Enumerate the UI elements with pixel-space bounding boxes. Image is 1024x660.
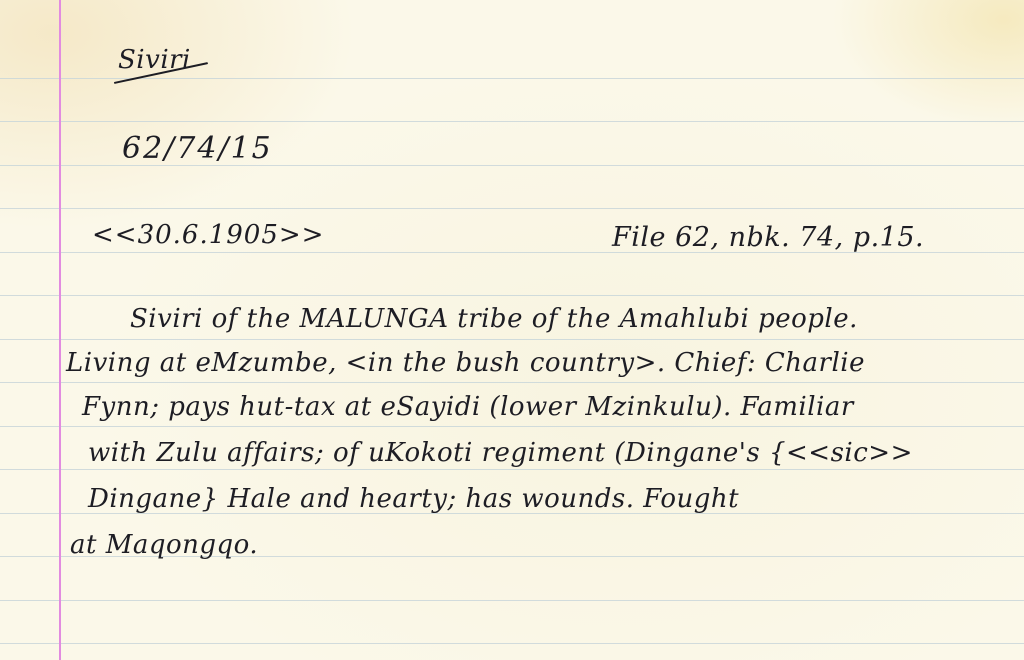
ruled-line xyxy=(0,600,1024,601)
body-line: Siviri of the MALUNGA tribe of the Amahl… xyxy=(130,306,858,332)
file-reference: File 62, nbk. 74, p.15. xyxy=(612,224,924,251)
ruled-line xyxy=(0,426,1024,427)
body-line: Fynn; pays hut-tax at eSayidi (lower Mzi… xyxy=(82,394,854,420)
ruled-line xyxy=(0,382,1024,383)
body-line: Dingane} Hale and hearty; has wounds. Fo… xyxy=(88,486,739,512)
note-date: <<30.6.1905>> xyxy=(92,222,324,248)
ruled-line xyxy=(0,78,1024,79)
body-line: at Maqongqo. xyxy=(70,532,258,558)
ruled-line xyxy=(0,469,1024,470)
ruled-line xyxy=(0,121,1024,122)
ruled-line xyxy=(0,295,1024,296)
notebook-page: Siviri 62/74/15 <<30.6.1905>> File 62, n… xyxy=(0,0,1024,660)
ruled-line xyxy=(0,339,1024,340)
ruled-line xyxy=(0,208,1024,209)
body-line: Living at eMzumbe, <in the bush country>… xyxy=(66,350,865,376)
reference-number: 62/74/15 xyxy=(122,134,273,164)
margin-line xyxy=(59,0,61,660)
body-line: with Zulu affairs; of uKokoti regiment (… xyxy=(88,440,913,466)
ruled-line xyxy=(0,643,1024,644)
